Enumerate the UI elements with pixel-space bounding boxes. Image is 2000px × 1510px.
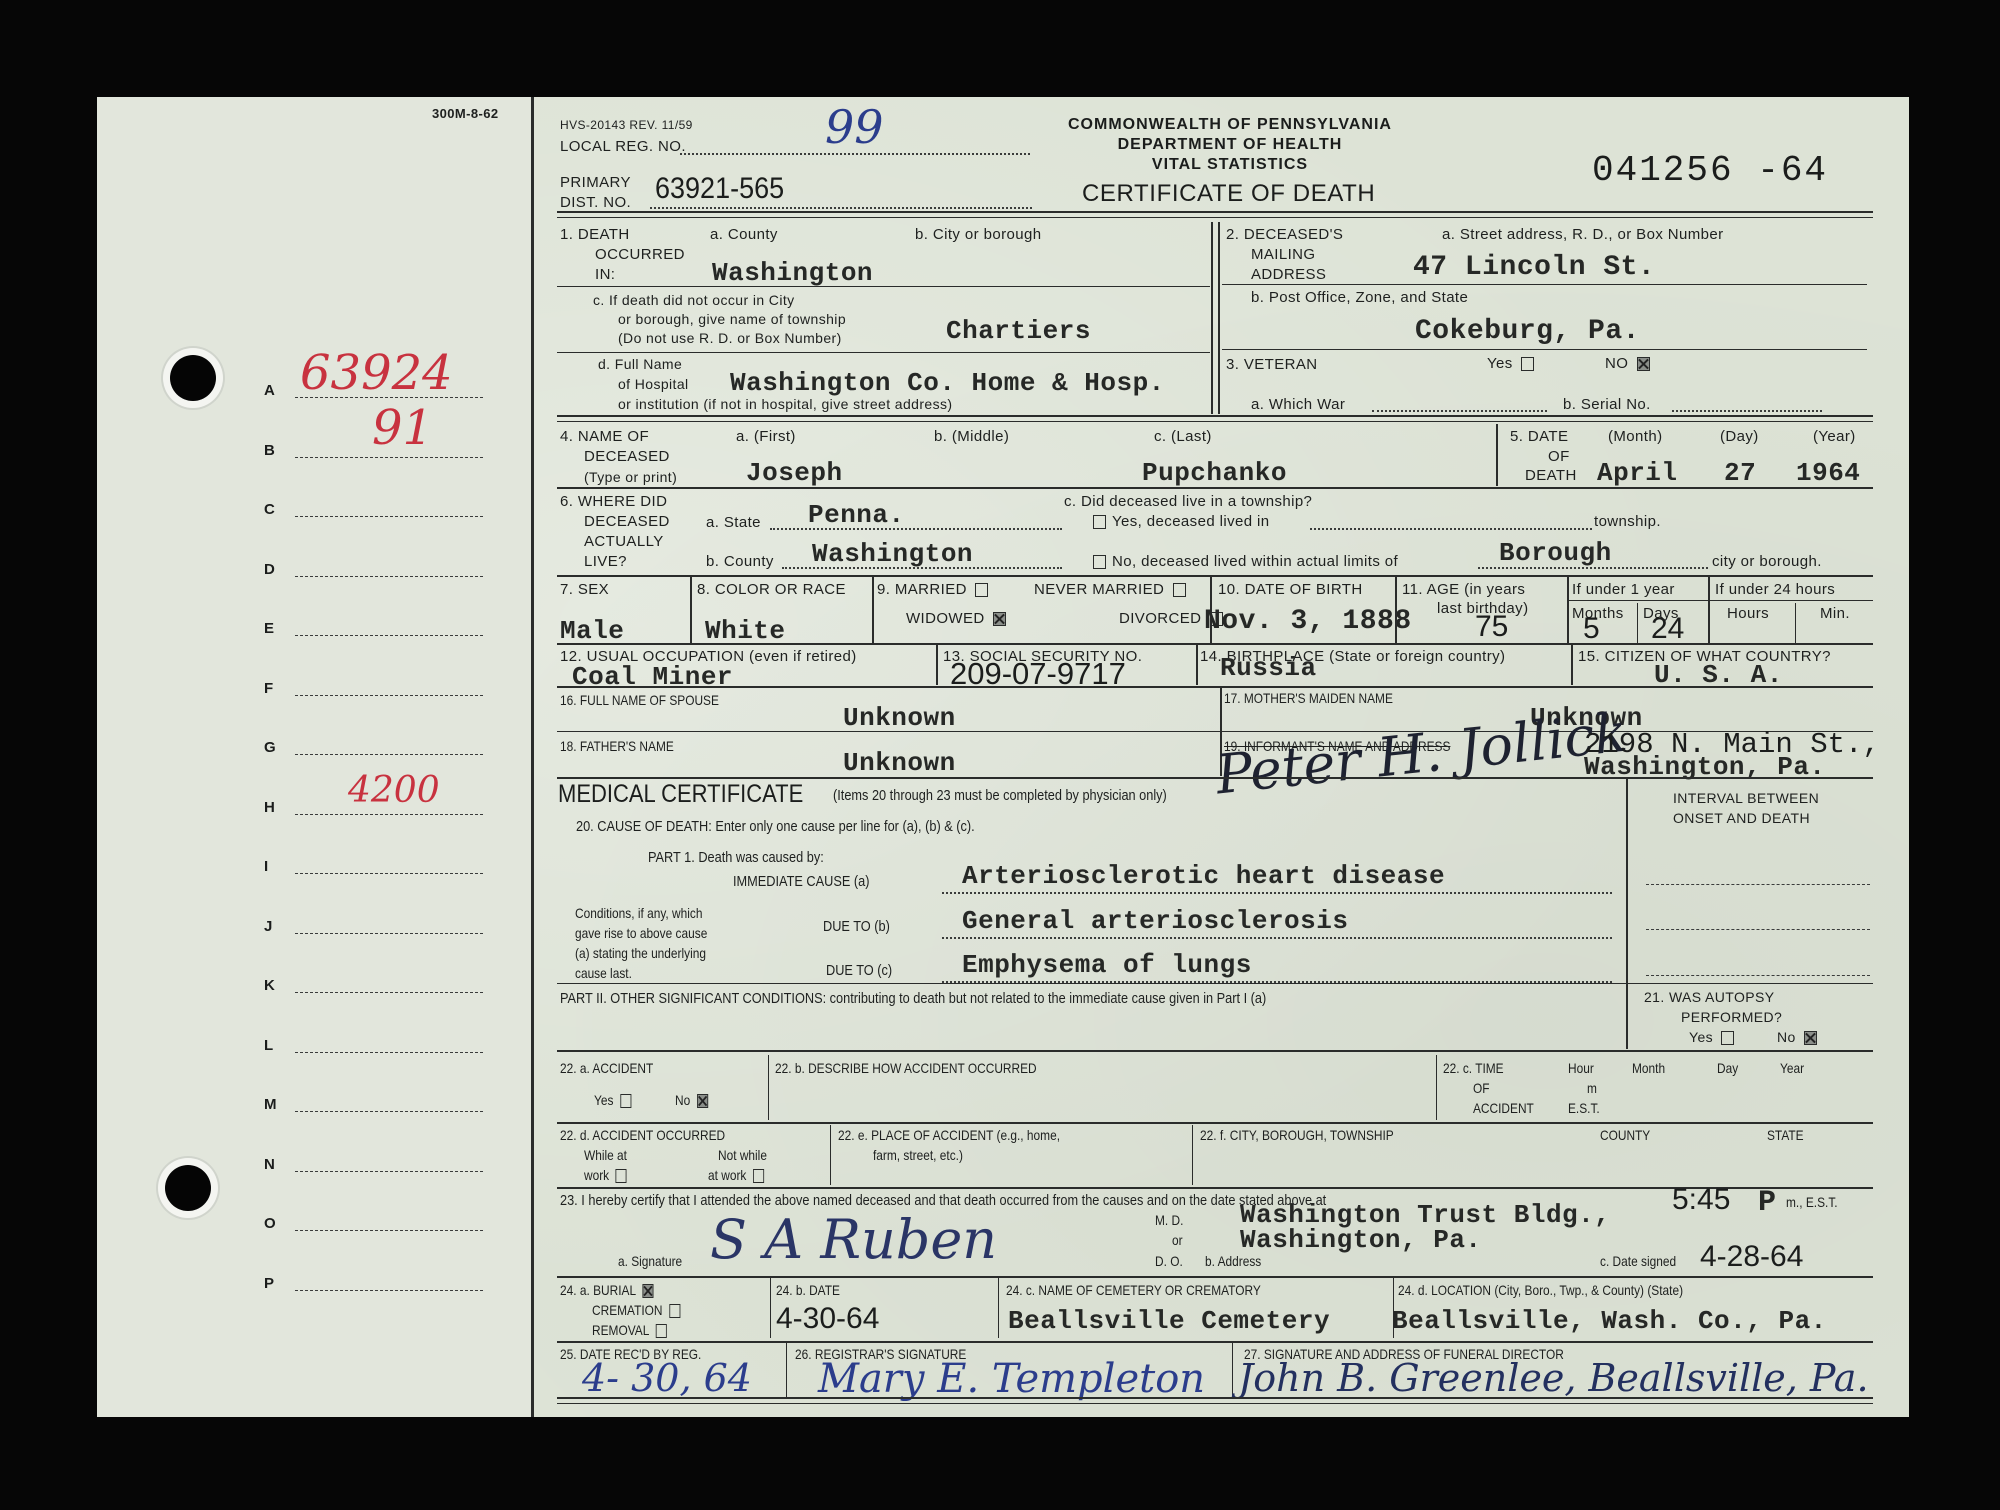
rule [557, 1397, 1873, 1399]
mother-maiden-label: 17. MOTHER'S MAIDEN NAME [1224, 690, 1393, 707]
rule [557, 1122, 1873, 1124]
while-at-work-option[interactable]: work [584, 1167, 627, 1184]
item1-label: OCCURRED [595, 246, 685, 265]
col-divider [830, 1125, 831, 1185]
stub-annotation-a: 63924 [300, 345, 453, 401]
or-label: or [1172, 1232, 1183, 1249]
autopsy-no[interactable]: No [1777, 1029, 1817, 1047]
stub-letter-a: A [264, 382, 275, 399]
col-divider [1192, 1125, 1193, 1185]
accident-hour-label: Hour [1568, 1060, 1594, 1077]
autopsy-label: PERFORMED? [1681, 1009, 1782, 1027]
item6-label: 6. WHERE DID [560, 493, 667, 512]
divorced-label: DIVORCED [1119, 610, 1201, 627]
state-label: a. State [706, 514, 761, 533]
residence-county-label: b. County [706, 553, 774, 572]
hospital-label: or institution (if not in hospital, give… [618, 396, 952, 414]
stub-letter-p: P [264, 1275, 274, 1292]
item2-label: ADDRESS [1251, 266, 1326, 285]
removal-label: REMOVAL [592, 1322, 649, 1338]
township-no-label: No, deceased lived within actual limits … [1112, 553, 1398, 570]
do-label: D. O. [1155, 1253, 1183, 1270]
rule [557, 1403, 1873, 1404]
burial-checkbox[interactable] [642, 1284, 653, 1298]
conditions-label: (a) stating the underlying [575, 945, 706, 962]
rule [1567, 600, 1873, 601]
spouse-value: Unknown [843, 703, 956, 733]
physician-signature-label: a. Signature [618, 1253, 682, 1270]
col-divider [1795, 603, 1796, 643]
year-label: (Year) [1813, 428, 1856, 447]
primary-label-2: DIST. NO. [560, 194, 631, 213]
local-reg-label: LOCAL REG. NO. [560, 138, 686, 157]
stub-divider [531, 97, 534, 1417]
accident-county-label: COUNTY [1600, 1127, 1650, 1144]
item1-label: 1. DEATH [560, 226, 630, 245]
race-label: 8. COLOR OR RACE [697, 581, 846, 600]
stub-letter-e: E [264, 620, 274, 637]
cause-b-line [942, 937, 1612, 939]
item5-label: OF [1548, 448, 1570, 467]
spouse-label: 16. FULL NAME OF SPOUSE [560, 692, 719, 709]
stub-line-h[interactable] [295, 814, 483, 815]
post-office-value: Cokeburg, Pa. [1415, 316, 1640, 347]
due-to-c-label: DUE TO (c) [826, 962, 892, 980]
race-value: White [705, 616, 786, 646]
primary-dist-line [650, 207, 1032, 209]
col-divider [1211, 222, 1213, 414]
burial-label: 24. a. BURIAL [560, 1282, 636, 1298]
cemetery-value: Beallsville Cemetery [1008, 1306, 1330, 1336]
veteran-yes[interactable]: Yes [1487, 355, 1534, 374]
cemetery-label: 24. c. NAME OF CEMETERY OR CREMATORY [1006, 1282, 1261, 1299]
not-at-work-label: at work [708, 1167, 746, 1183]
married-label: 9. MARRIED [877, 581, 967, 598]
while-at-work-label: work [584, 1167, 609, 1183]
stub-line-b[interactable] [295, 457, 483, 458]
cause-label: 20. CAUSE OF DEATH: Enter only one cause… [576, 818, 975, 836]
first-name-label: a. (First) [736, 428, 796, 447]
col-divider [1395, 577, 1397, 643]
rule [557, 421, 1873, 422]
accident-no-checkbox[interactable] [697, 1094, 708, 1108]
residence-county-value: Washington [812, 539, 973, 569]
punch-hole-top [170, 355, 216, 401]
page-title: CERTIFICATE OF DEATH [1082, 180, 1375, 208]
death-township-value: Chartiers [946, 316, 1091, 346]
autopsy-yes[interactable]: Yes [1689, 1029, 1734, 1047]
while-at-work-checkbox[interactable] [616, 1169, 627, 1183]
item5-label: DEATH [1525, 467, 1577, 486]
item2-label: 2. DECEASED'S [1226, 226, 1343, 245]
stub-annotation-b: 91 [372, 400, 433, 456]
date-received-value: 4- 30, 64 [582, 1356, 752, 1400]
county-label: a. County [710, 226, 778, 245]
col-divider [770, 1278, 771, 1338]
rule [557, 983, 1873, 984]
stub-line-m[interactable] [295, 1111, 483, 1112]
rule [557, 487, 1873, 489]
agency-line-2: DEPARTMENT OF HEALTH [1040, 136, 1420, 154]
stub-line-d[interactable] [295, 576, 483, 577]
form-revision: HVS-20143 REV. 11/59 [560, 118, 693, 133]
accident-m-label: m [1587, 1080, 1597, 1097]
stub-line-n[interactable] [295, 1171, 483, 1172]
col-divider [936, 645, 938, 685]
accident-time-label: 22. c. TIME [1443, 1060, 1504, 1077]
interval-line-b [1646, 929, 1870, 930]
accident-occurred-label: 22. d. ACCIDENT OCCURRED [560, 1127, 725, 1144]
primary-label-1: PRIMARY [560, 174, 631, 193]
street-value: 47 Lincoln St. [1413, 252, 1655, 283]
stub-panel [97, 97, 532, 1417]
stub-letter-m: M [264, 1096, 277, 1113]
interval-line-a [1646, 884, 1870, 885]
rule [557, 217, 1873, 218]
death-time-value: 5:45 [1672, 1183, 1730, 1217]
item6-label: DECEASED [584, 513, 670, 532]
never-married-checkbox[interactable] [1173, 583, 1186, 597]
under-24-hours-label: If under 24 hours [1715, 581, 1835, 600]
stub-letter-h: H [264, 799, 275, 816]
widowed-checkbox[interactable] [993, 612, 1006, 626]
hospital-label: of Hospital [618, 376, 689, 394]
autopsy-label: 21. WAS AUTOPSY [1644, 989, 1775, 1007]
rule [557, 1276, 1873, 1278]
accident-est-label: E.S.T. [1568, 1100, 1600, 1117]
item6-label: ACTUALLY [584, 533, 664, 552]
primary-dist-value: 63921-565 [655, 172, 784, 206]
accident-yes-checkbox[interactable] [620, 1094, 631, 1108]
col-divider [998, 1278, 999, 1338]
last-name-label: c. (Last) [1154, 428, 1212, 447]
cremation-label: CREMATION [592, 1302, 663, 1318]
stub-line-j[interactable] [295, 933, 483, 934]
father-name-label: 18. FATHER'S NAME [560, 738, 674, 755]
rule [557, 211, 1873, 213]
place-of-accident-label: 22. e. PLACE OF ACCIDENT (e.g., home, [838, 1127, 1060, 1144]
not-at-work-label: Not while [718, 1147, 767, 1164]
age-years-value: 75 [1475, 610, 1508, 644]
date-signed-value: 4-28-64 [1700, 1240, 1803, 1274]
col-divider [1232, 1343, 1233, 1398]
registrar-signature: Mary E. Templeton [818, 1356, 1205, 1402]
cause-a-value: Arteriosclerotic heart disease [962, 861, 1445, 891]
township-no-option[interactable]: No, deceased lived within actual limits … [1093, 553, 1398, 572]
death-year-value: 1964 [1796, 458, 1860, 488]
autopsy-no-checkbox[interactable] [1804, 1031, 1817, 1045]
stub-letter-g: G [264, 739, 276, 756]
stub-letter-i: I [264, 858, 268, 875]
township-no-checkbox[interactable] [1093, 555, 1106, 569]
rule [557, 777, 1873, 779]
birth-date-label: 10. DATE OF BIRTH [1218, 581, 1363, 600]
sex-label: 7. SEX [560, 581, 609, 600]
cremation-checkbox[interactable] [669, 1304, 680, 1318]
local-reg-value: 99 [825, 100, 884, 154]
city-suffix: city or borough. [1712, 553, 1822, 572]
stub-line-i[interactable] [295, 873, 483, 874]
under-1-year-label: If under 1 year [1572, 581, 1675, 600]
widowed-option[interactable]: WIDOWED [906, 610, 1006, 629]
married-checkbox[interactable] [975, 583, 988, 597]
col-divider [1637, 603, 1638, 643]
township-label: (Do not use R. D. or Box Number) [618, 330, 842, 348]
item5-label: 5. DATE [1510, 428, 1568, 447]
col-divider [1708, 577, 1710, 643]
stub-letter-l: L [264, 1037, 273, 1054]
accident-time-label: ACCIDENT [1473, 1100, 1534, 1117]
middle-name-label: b. (Middle) [934, 428, 1009, 447]
hospital-value: Washington Co. Home & Hosp. [730, 368, 1165, 398]
stub-letter-k: K [264, 977, 275, 994]
post-office-label: b. Post Office, Zone, and State [1251, 289, 1468, 308]
item1-label: IN: [595, 266, 615, 285]
last-name-value: Pupchanko [1142, 458, 1287, 488]
agency-line-3: VITAL STATISTICS [1040, 156, 1420, 174]
rule [1222, 349, 1867, 350]
stub-line-c[interactable] [295, 516, 483, 517]
col-divider [1567, 577, 1569, 643]
autopsy-yes-checkbox[interactable] [1721, 1031, 1734, 1045]
veteran-no-checkbox[interactable] [1637, 357, 1650, 371]
first-name-value: Joseph [746, 458, 843, 488]
township-yes-label: Yes, deceased lived in [1112, 513, 1270, 530]
md-label: M. D. [1155, 1212, 1183, 1229]
cemetery-location-label: 24. d. LOCATION (City, Boro., Twp., & Co… [1398, 1282, 1683, 1299]
immediate-cause-label: IMMEDIATE CAUSE (a) [733, 873, 869, 891]
city-label: b. City or borough [915, 226, 1041, 245]
married-option[interactable]: 9. MARRIED [877, 581, 988, 600]
township-label: or borough, give name of township [618, 311, 846, 329]
rule [557, 1050, 1873, 1052]
est-label: m., E.S.T. [1786, 1194, 1838, 1211]
rule [557, 643, 1873, 645]
age-months-value: 5 [1583, 612, 1600, 646]
punch-hole-bottom [165, 1165, 211, 1211]
hospital-label: d. Full Name [598, 356, 682, 374]
date-signed-label: c. Date signed [1600, 1253, 1676, 1270]
age-label: 11. AGE (in years [1402, 581, 1525, 600]
residence-state-value: Penna. [808, 500, 905, 530]
burial-date-label: 24. b. DATE [776, 1282, 840, 1299]
burial-date-value: 4-30-64 [776, 1302, 879, 1336]
stub-letter-n: N [264, 1156, 275, 1173]
item4-label: DECEASED [584, 448, 670, 467]
serial-line [1672, 410, 1822, 412]
accident-city-label: 22. f. CITY, BOROUGH, TOWNSHIP [1200, 1127, 1394, 1144]
township-question-label: c. Did deceased live in a township? [1064, 493, 1312, 512]
while-at-work-label: While at [584, 1147, 627, 1164]
rule [557, 1341, 1873, 1343]
col-divider [872, 577, 874, 643]
physician-address-2: Washington, Pa. [1240, 1225, 1482, 1255]
part1-label: PART 1. Death was caused by: [648, 849, 824, 867]
township-yes-option[interactable]: Yes, deceased lived in [1093, 513, 1270, 532]
stub-line-f[interactable] [295, 695, 483, 696]
stub-line-e[interactable] [295, 635, 483, 636]
item6-label: LIVE? [584, 553, 627, 572]
veteran-no-label: NO [1605, 355, 1628, 372]
physician-signature: S A Ruben [710, 1208, 997, 1271]
due-to-b-label: DUE TO (b) [823, 918, 890, 936]
stub-line-k[interactable] [295, 992, 483, 993]
cremation-option[interactable]: CREMATION [592, 1302, 680, 1319]
rule [557, 686, 1873, 688]
part2-label: PART II. OTHER SIGNIFICANT CONDITIONS: c… [560, 990, 1266, 1008]
col-divider [1196, 645, 1198, 685]
stub-letter-d: D [264, 561, 275, 578]
war-line [1372, 410, 1547, 412]
stub-line-o[interactable] [295, 1230, 483, 1231]
stub-line-g[interactable] [295, 754, 483, 755]
birth-date-value: Nov. 3, 1888 [1204, 606, 1412, 637]
stub-letter-b: B [264, 442, 275, 459]
conditions-label: gave rise to above cause [575, 925, 707, 942]
removal-option[interactable]: REMOVAL [592, 1322, 667, 1339]
accident-label: 22. a. ACCIDENT [560, 1060, 653, 1077]
not-at-work-option[interactable]: at work [708, 1167, 764, 1184]
agency-line-1: COMMONWEALTH OF PENNSYLVANIA [1040, 116, 1420, 134]
rule [557, 352, 1210, 353]
conditions-label: cause last. [575, 965, 632, 982]
stub-annotation-h: 4200 [348, 770, 440, 811]
col-divider [1571, 645, 1573, 685]
limits-value: Borough [1499, 538, 1612, 568]
col-divider [1218, 222, 1220, 414]
medical-subtitle: (Items 20 through 23 must be completed b… [833, 787, 1167, 805]
interval-line-c [1646, 975, 1870, 976]
stub-line-p[interactable] [295, 1290, 483, 1291]
place-of-accident-label: farm, street, etc.) [873, 1147, 963, 1164]
sex-value: Male [560, 616, 624, 646]
form-code: 300M-8-62 [432, 106, 498, 122]
township-line [1310, 528, 1592, 530]
funeral-director-signature: John B. Greenlee, Beallsville, Pa. [1238, 1356, 1869, 1400]
rule [557, 286, 1210, 287]
cause-c-value: Emphysema of lungs [962, 950, 1252, 980]
col-divider [1436, 1055, 1437, 1120]
removal-checkbox[interactable] [656, 1324, 667, 1338]
stub-letter-j: J [264, 918, 272, 935]
serial-label: b. Serial No. [1563, 396, 1651, 415]
item4-label: 4. NAME OF [560, 428, 649, 447]
death-time-pm: P [1758, 1186, 1777, 1220]
death-county-value: Washington [712, 258, 873, 288]
township-suffix: township. [1594, 513, 1661, 532]
never-married-label: NEVER MARRIED [1034, 581, 1164, 598]
stub-letter-c: C [264, 501, 275, 518]
widowed-label: WIDOWED [906, 610, 985, 627]
street-label: a. Street address, R. D., or Box Number [1442, 226, 1724, 245]
veteran-no[interactable]: NO [1605, 355, 1650, 374]
minutes-label: Min. [1820, 605, 1850, 624]
accident-state-label: STATE [1767, 1127, 1804, 1144]
death-month-value: April [1597, 458, 1678, 488]
veteran-label: 3. VETERAN [1226, 356, 1318, 375]
stub-line-l[interactable] [295, 1052, 483, 1053]
veteran-yes-label: Yes [1487, 355, 1513, 372]
conditions-label: Conditions, if any, which [575, 905, 702, 922]
autopsy-yes-label: Yes [1689, 1029, 1713, 1045]
war-label: a. Which War [1251, 396, 1345, 415]
township-label: c. If death did not occur in City [593, 292, 795, 310]
accident-yes[interactable]: Yes [594, 1092, 631, 1109]
autopsy-no-label: No [1777, 1029, 1796, 1045]
cause-a-line [942, 892, 1612, 894]
veteran-yes-checkbox[interactable] [1521, 357, 1534, 371]
item4-label: (Type or print) [584, 469, 677, 487]
col-divider [690, 577, 692, 643]
month-label: (Month) [1608, 428, 1662, 447]
burial-option[interactable]: 24. a. BURIAL [560, 1282, 653, 1299]
col-divider [1496, 424, 1498, 486]
interval-label: INTERVAL BETWEEN [1673, 790, 1819, 808]
township-yes-checkbox[interactable] [1093, 515, 1106, 529]
certificate-number: 041256 -64 [1592, 150, 1828, 191]
medical-title: MEDICAL CERTIFICATE [558, 780, 803, 809]
col-divider [1626, 779, 1628, 1049]
rule [557, 415, 1873, 417]
cause-b-value: General arteriosclerosis [962, 906, 1348, 936]
accident-month-label: Month [1632, 1060, 1665, 1077]
rule [557, 575, 1873, 577]
item2-label: MAILING [1251, 246, 1315, 265]
col-divider [786, 1343, 787, 1398]
accident-no-label: No [675, 1092, 690, 1108]
interval-label: ONSET AND DEATH [1673, 810, 1810, 828]
accident-no[interactable]: No [675, 1092, 708, 1109]
father-name-value: Unknown [843, 748, 956, 778]
accident-describe-label: 22. b. DESCRIBE HOW ACCIDENT OCCURRED [775, 1060, 1037, 1077]
death-day-value: 27 [1724, 458, 1756, 488]
cemetery-location-value: Beallsville, Wash. Co., Pa. [1392, 1306, 1827, 1336]
stub-letter-o: O [264, 1215, 276, 1232]
accident-time-label: OF [1473, 1080, 1490, 1097]
physician-address-label: b. Address [1205, 1253, 1261, 1270]
rule [1222, 284, 1867, 285]
never-married-option[interactable]: NEVER MARRIED [1034, 581, 1186, 600]
not-at-work-checkbox[interactable] [753, 1169, 764, 1183]
accident-day-label: Day [1717, 1060, 1738, 1077]
birthplace-value: Russia [1220, 653, 1317, 683]
hours-label: Hours [1727, 605, 1769, 624]
age-days-value: 24 [1651, 612, 1684, 646]
day-label: (Day) [1720, 428, 1759, 447]
accident-year-label: Year [1780, 1060, 1804, 1077]
accident-yes-label: Yes [594, 1092, 613, 1108]
col-divider [768, 1055, 769, 1120]
stub-letter-f: F [264, 680, 273, 697]
